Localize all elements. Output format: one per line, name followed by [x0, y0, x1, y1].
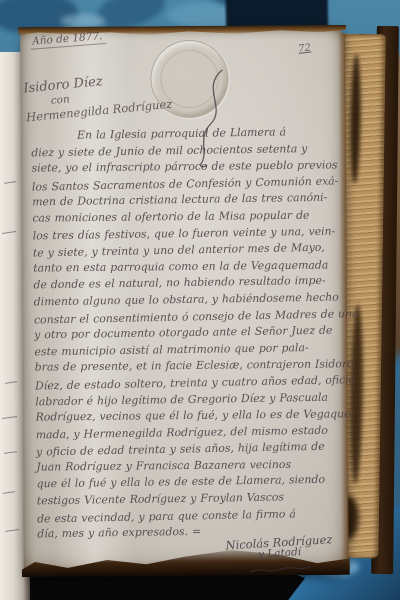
record-heading: Isidoro Díez con Hermenegilda Rodríguez [23, 68, 173, 125]
ink-fragment [2, 416, 17, 419]
page-number: 72 [298, 42, 312, 54]
burn-blotch [350, 54, 362, 184]
ink-fragment [5, 529, 19, 532]
ink-fragment [4, 451, 17, 454]
photo-of-register-book: Año de 1877. 72 Isidoro Díez con Hermene… [0, 0, 400, 600]
signature-rubric-icon [248, 562, 312, 576]
body-line: Juan Rodríguez y Francisca Bazanera veci… [36, 456, 340, 476]
record-body-text: En la Iglesia parroquial de Llamera ádie… [31, 124, 341, 544]
register-page: Año de 1877. 72 Isidoro Díez con Hermene… [20, 27, 348, 575]
body-line: tanto en esta parroquia como en la de Ve… [33, 257, 337, 277]
burn-blotch [349, 304, 364, 484]
ink-fragment [4, 181, 16, 184]
body-line: Rodríguez, vecinos que él lo fué, y ella… [35, 406, 339, 426]
ink-fragment [5, 381, 17, 384]
fabric-pattern-shape [60, 14, 106, 28]
year-annotation: Año de 1877. [30, 30, 107, 50]
body-line: cas moniciones al ofertorio de la Misa p… [32, 207, 336, 227]
ink-fragment [3, 491, 15, 494]
signature-block: Nicolás Rodríguez y Latadí [209, 531, 351, 582]
ink-fragment [2, 231, 16, 234]
